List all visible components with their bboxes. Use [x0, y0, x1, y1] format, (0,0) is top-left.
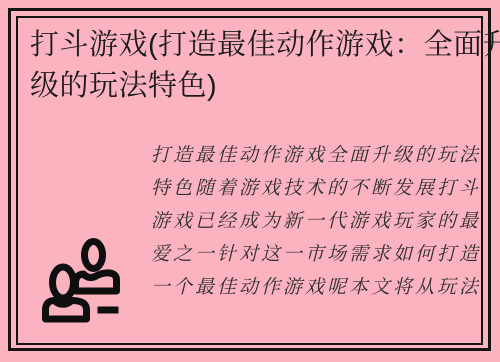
article-text: 打造最佳动作游戏全面升级的玩法 特色随着游戏技术的不断发展打斗 游戏已经成为新一…	[151, 139, 493, 304]
article-line: 游戏已经成为新一代游戏玩家的最	[151, 205, 493, 238]
page-title: 打斗游戏(打造最佳动作游戏：全面升 级的玩法特色)	[30, 25, 482, 107]
title-line-1: 打斗游戏(打造最佳动作游戏：全面升	[30, 25, 482, 66]
article-line: 爱之一针对这一市场需求如何打造	[151, 238, 493, 271]
two-users-minus-icon	[40, 236, 124, 332]
article-cover-page: 打斗游戏(打造最佳动作游戏：全面升 级的玩法特色) 打造最佳动作游戏全面升级的玩…	[0, 0, 500, 362]
article-line: 特色随着游戏技术的不断发展打斗	[151, 172, 493, 205]
title-line-2: 级的玩法特色)	[30, 66, 482, 107]
article-line: 打造最佳动作游戏全面升级的玩法	[151, 139, 493, 172]
article-line: 一个最佳动作游戏呢本文将从玩法	[151, 271, 493, 304]
